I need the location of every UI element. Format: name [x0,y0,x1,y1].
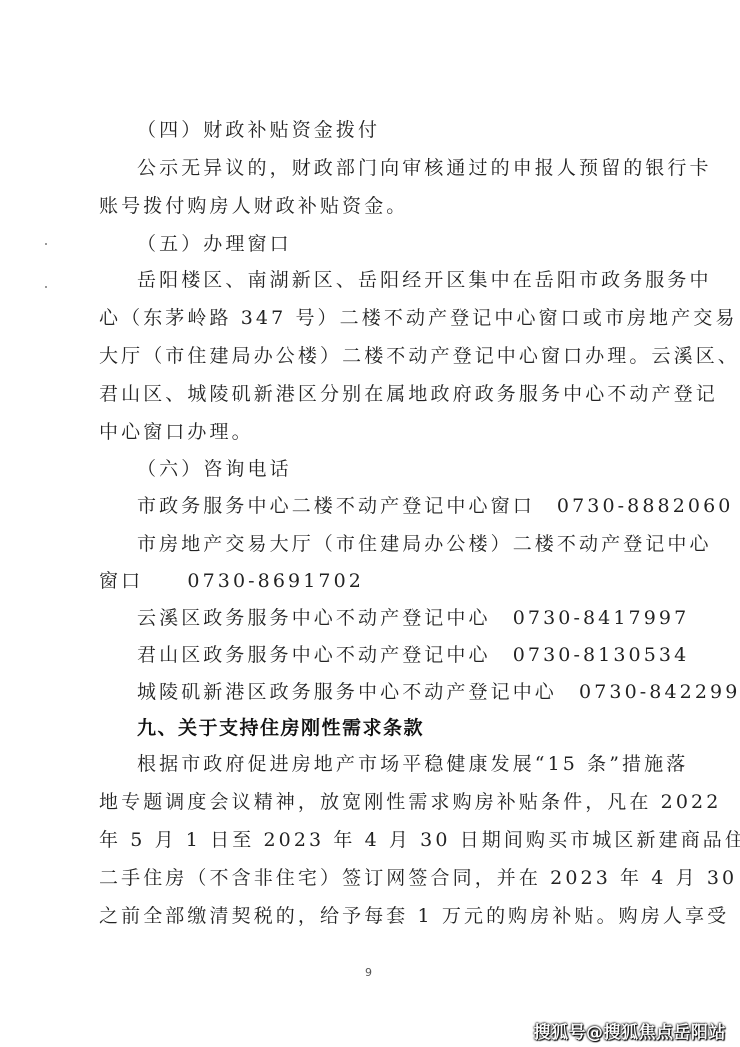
text-line: 大厅（市住建局办公楼）二楼不动产登记中心窗口办理。云溪区、 [99,344,740,368]
text-line: 君山区政务服务中心不动产登记中心 0730-8130534 [137,643,689,667]
page-number: 9 [365,966,372,979]
section-heading: 九、关于支持住房刚性需求条款 [137,716,424,740]
text-line: （五）办理窗口 [137,232,292,256]
text-line: （四）财政补贴资金拨付 [137,118,380,142]
text-line: 心（东茅岭路 347 号）二楼不动产登记中心窗口或市房地产交易 [99,306,737,330]
text-line: 账号拨付购房人财政补贴资金。 [99,194,408,218]
source-watermark: 搜狐号@搜狐焦点岳阳站 [534,1018,727,1043]
text-line: 地专题调度会议精神，放宽刚性需求购房补贴条件，凡在 2022 [99,790,721,814]
text-line: 市政务服务中心二楼不动产登记中心窗口 0730-8882060 [137,494,734,518]
scan-mark [45,243,47,245]
text-line: （六）咨询电话 [137,457,292,481]
text-line: 公示无异议的，财政部门向审核通过的申报人预留的银行卡 [137,156,712,180]
text-line: 云溪区政务服务中心不动产登记中心 0730-8417997 [137,606,689,630]
text-line: 根据市政府促进房地产市场平稳健康发展“15 条”措施落 [137,752,688,776]
text-line: 中心窗口办理。 [99,420,254,444]
scan-mark [45,286,47,288]
text-line: 市房地产交易大厅（市住建局办公楼）二楼不动产登记中心 [137,532,712,556]
text-line: 城陵矶新港区政务服务中心不动产登记中心 0730-8422998 [137,680,740,704]
text-line: 君山区、城陵矶新港区分别在属地政府政务服务中心不动产登记 [99,382,718,406]
document-page: （四）财政补贴资金拨付公示无异议的，财政部门向审核通过的申报人预留的银行卡账号拨… [0,0,740,1047]
text-line: 窗口 0730-8691702 [99,569,364,593]
text-line: 岳阳楼区、南湖新区、岳阳经开区集中在岳阳市政务服务中 [137,268,712,292]
text-line: 年 5 月 1 日至 2023 年 4 月 30 日期间购买市城区新建商品住房和 [99,828,740,852]
text-line: 之前全部缴清契税的，给予每套 1 万元的购房补贴。购房人享受 [99,904,729,928]
text-line: 二手住房（不含非住宅）签订网签合同，并在 2023 年 4 月 30 日 [99,866,740,890]
